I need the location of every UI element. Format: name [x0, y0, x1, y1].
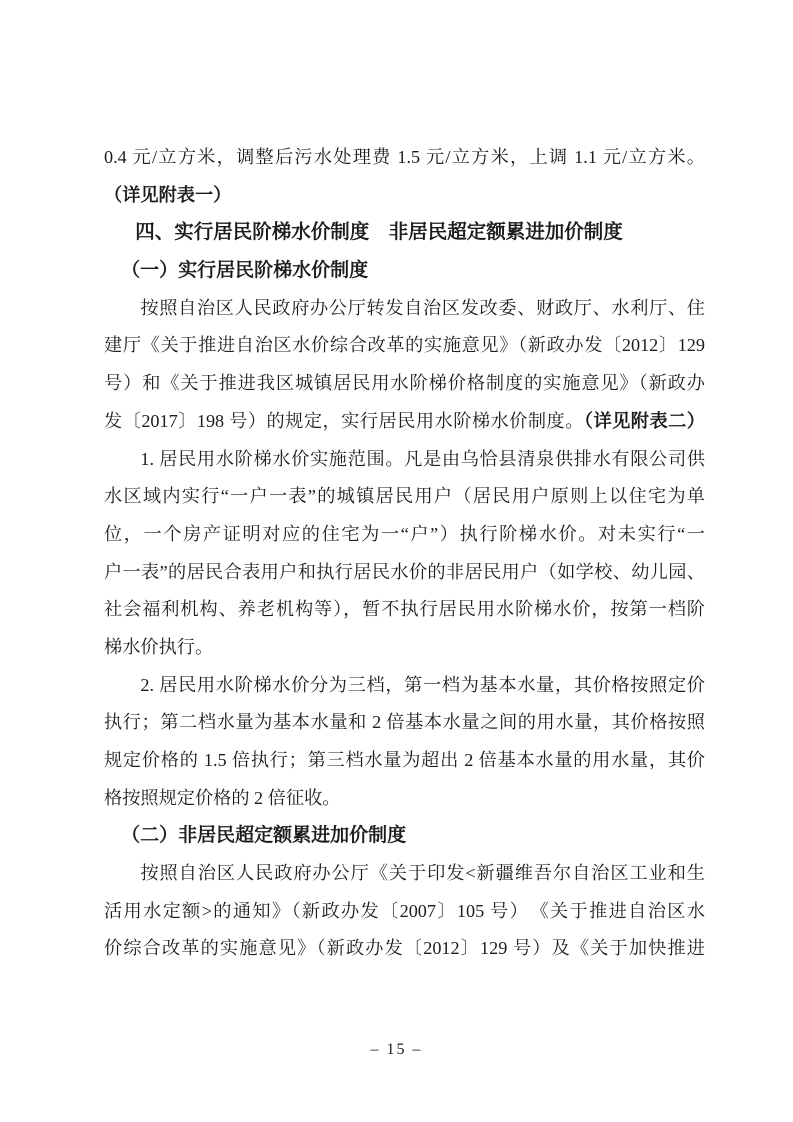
item-two-line: 2. 居民用水阶梯水价分为三档，第一档为基本水量，其价格按照定价 — [104, 667, 705, 705]
paragraph-line: 水区域内实行“一户一表”的城镇居民用户（居民用户原则上以住宅为单 — [104, 478, 705, 516]
paragraph-line: 执行；第二档水量为基本水量和 2 倍基本水量之间的用水量，其价格按照 — [104, 704, 705, 742]
see-attachment-two-note: （详见附表二） — [584, 411, 705, 431]
paragraph-line: 价综合改革的实施意见》（新政办发〔2012〕129 号）及《关于加快推进 — [104, 930, 705, 968]
paragraph-line: 活用水定额>的通知》（新政办发〔2007〕105 号） 《关于推进自治区水 — [104, 893, 705, 931]
item-one-line: 1. 居民用水阶梯水价实施范围。凡是由乌恰县清泉供排水有限公司供 — [104, 441, 705, 479]
paragraph-line: 发〔2017〕198 号）的规定，实行居民用水阶梯水价制度。（详见附表二） — [104, 403, 705, 441]
see-attachment-one-note: （详见附表一） — [104, 177, 705, 215]
document-page: 0.4 元/立方米，调整后污水处理费 1.5 元/立方米，上调 1.1 元/立方… — [0, 0, 793, 1122]
paragraph-last-line: 梯水价执行。 — [104, 629, 705, 667]
paragraph-continuation-line: 0.4 元/立方米，调整后污水处理费 1.5 元/立方米，上调 1.1 元/立方… — [104, 139, 705, 177]
paragraph-line: 位，一个房产证明对应的住宅为一“户”）执行阶梯水价。对未实行“一 — [104, 516, 705, 554]
document-body: 0.4 元/立方米，调整后污水处理费 1.5 元/立方米，上调 1.1 元/立方… — [104, 139, 705, 968]
subsection-heading-two: （二）非居民超定额累进加价制度 — [104, 817, 705, 855]
paragraph-line: 户一表”的居民合表用户和执行居民水价的非居民用户（如学校、幼儿园、 — [104, 554, 705, 592]
paragraph-last-line: 格按照规定价格的 2 倍征收。 — [104, 780, 705, 818]
paragraph-line: 号）和《关于推进我区城镇居民用水阶梯价格制度的实施意见》（新政办 — [104, 365, 705, 403]
section-heading-four: 四、实行居民阶梯水价制度 非居民超定额累进加价制度 — [104, 214, 705, 252]
line-text: 发〔2017〕198 号）的规定，实行居民用水阶梯水价制度。 — [104, 411, 584, 431]
page-number: – 15 – — [0, 1041, 793, 1059]
paragraph-line: 建厅《关于推进自治区水价综合改革的实施意见》（新政办发〔2012〕129 — [104, 327, 705, 365]
paragraph-line: 按照自治区人民政府办公厅《关于印发<新疆维吾尔自治区工业和生 — [104, 855, 705, 893]
paragraph-line: 社会福利机构、养老机构等），暂不执行居民用水阶梯水价，按第一档阶 — [104, 591, 705, 629]
subsection-heading-one: （一）实行居民阶梯水价制度 — [104, 252, 705, 290]
paragraph-line: 按照自治区人民政府办公厅转发自治区发改委、财政厅、水利厅、住 — [104, 290, 705, 328]
paragraph-line: 规定价格的 1.5 倍执行；第三档水量为超出 2 倍基本水量的用水量，其价 — [104, 742, 705, 780]
